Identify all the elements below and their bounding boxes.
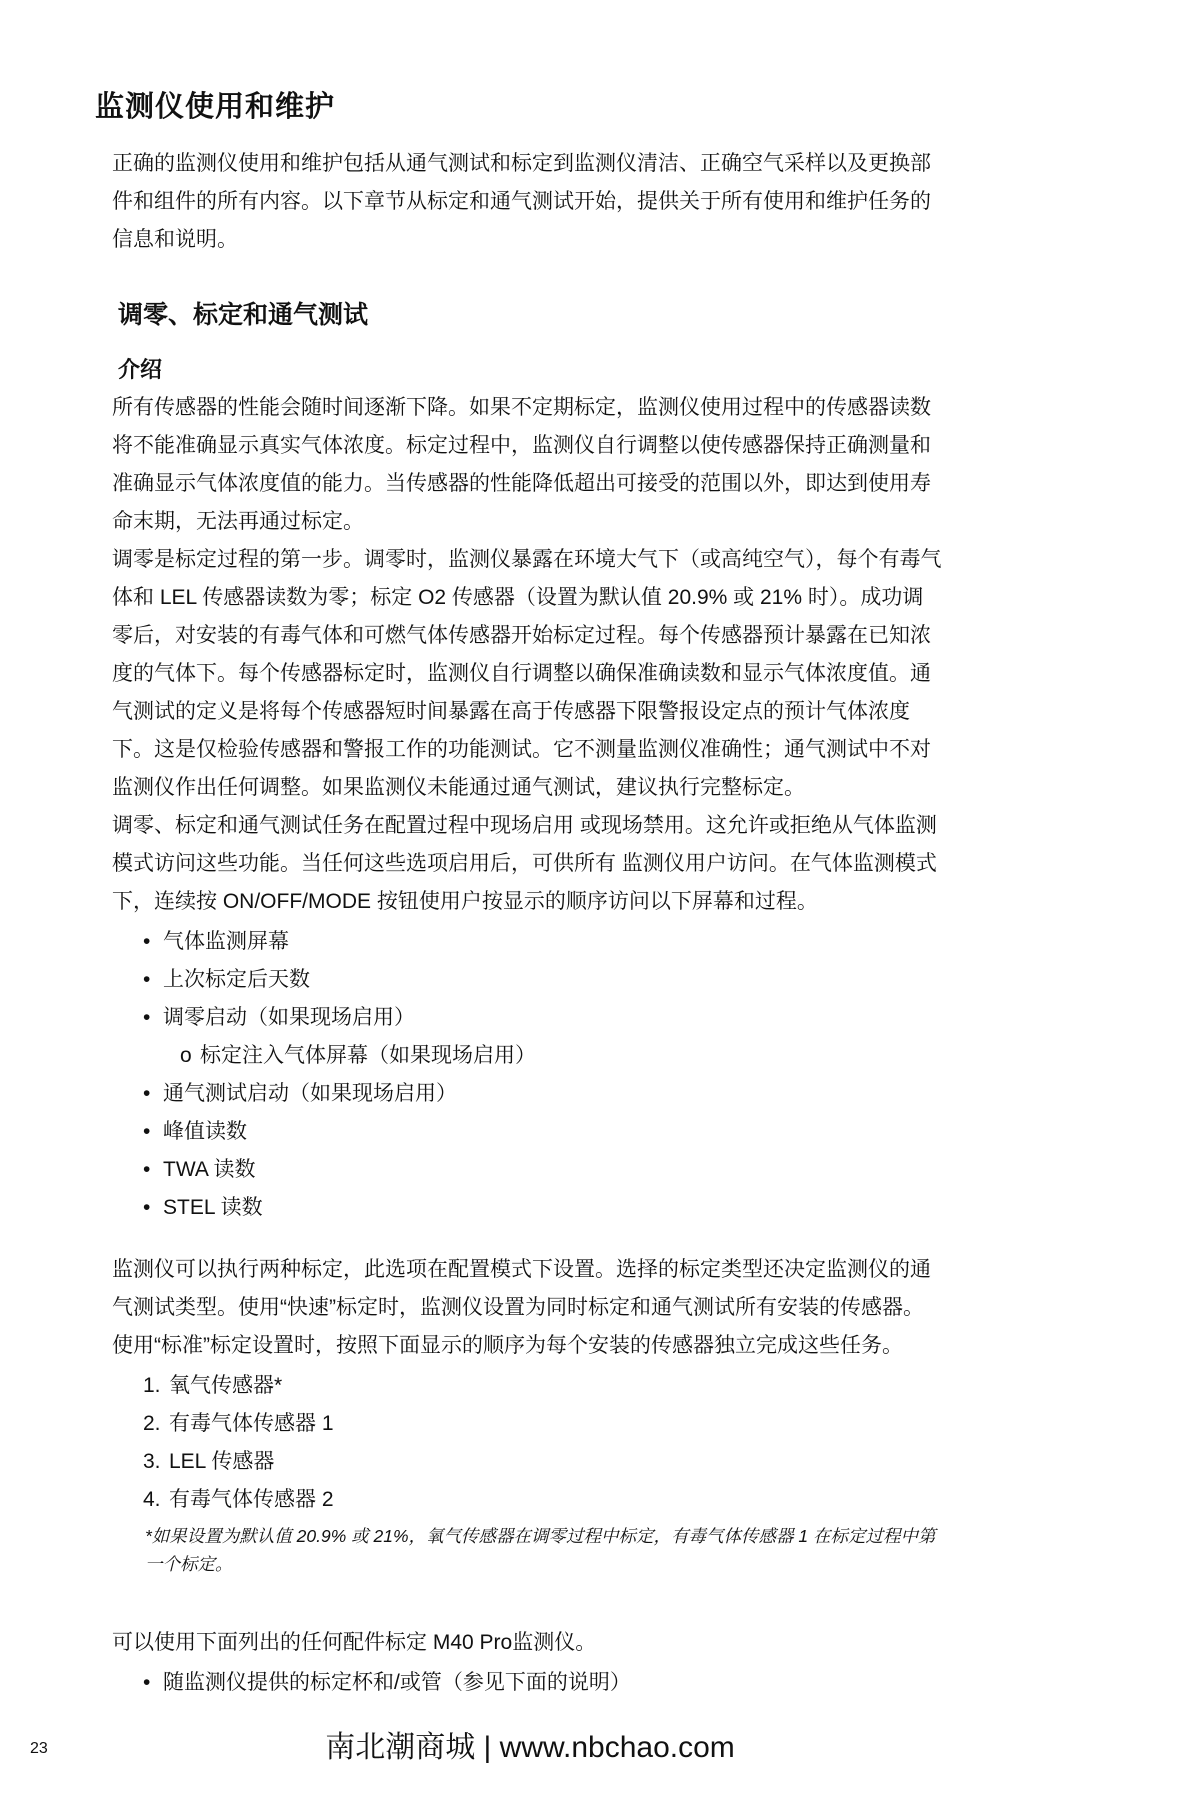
paragraph-sensor-decline: 所有传感器的性能会随时间逐渐下降。如果不定期标定，监测仪使用过程中的传感器读数将… <box>112 389 942 541</box>
item-number: 2. <box>143 1405 169 1443</box>
list-item-text: 调零启动（如果现场启用） <box>163 999 415 1037</box>
calibration-order-list: 1. 氧气传感器* 2. 有毒气体传感器 1 3. LEL 传感器 4. 有毒气… <box>143 1367 945 1519</box>
list-item: • STEL 读数 <box>143 1189 945 1227</box>
bullet-icon: • <box>143 961 163 999</box>
paragraph-zeroing: 调零是标定过程的第一步。调零时，监测仪暴露在环境大气下（或高纯空气），每个有毒气… <box>112 541 942 807</box>
list-item: • 峰值读数 <box>143 1113 945 1151</box>
list-item-text: STEL 读数 <box>163 1189 263 1227</box>
intro-subheading: 介绍 <box>118 353 945 384</box>
bullet-icon: • <box>143 923 163 961</box>
list-item-text: 通气测试启动（如果现场启用） <box>163 1075 457 1113</box>
list-item: • 通气测试启动（如果现场启用） <box>143 1075 945 1113</box>
numbered-item: 1. 氧气传感器* <box>143 1367 945 1405</box>
screens-list: • 气体监测屏幕 • 上次标定后天数 • 调零启动（如果现场启用） o 标定注入… <box>143 923 945 1227</box>
list-item: • 调零启动（如果现场启用） <box>143 999 945 1037</box>
item-number: 4. <box>143 1481 169 1519</box>
footer-brand: 南北潮商城 | www.nbchao.com <box>0 1722 1130 1766</box>
bullet-icon: • <box>143 1113 163 1151</box>
accessories-list: • 随监测仪提供的标定杯和/或管（参见下面的说明） <box>143 1664 945 1702</box>
numbered-item-text: LEL 传感器 <box>169 1443 274 1481</box>
intro-paragraph: 正确的监测仪使用和维护包括从通气测试和标定到监测仪清洁、正确空气采样以及更换部件… <box>112 145 942 259</box>
list-item-text: 随监测仪提供的标定杯和/或管（参见下面的说明） <box>163 1664 631 1702</box>
item-number: 3. <box>143 1443 169 1481</box>
bullet-icon: • <box>143 1189 163 1227</box>
list-item-text: TWA 读数 <box>163 1151 256 1189</box>
item-number: 1. <box>143 1367 169 1405</box>
paragraph-calibration-types: 监测仪可以执行两种标定，此选项在配置模式下设置。选择的标定类型还决定监测仪的通气… <box>112 1251 942 1365</box>
list-item-text: 标定注入气体屏幕（如果现场启用） <box>200 1037 536 1075</box>
numbered-item: 4. 有毒气体传感器 2 <box>143 1481 945 1519</box>
numbered-item-text: 氧气传感器* <box>169 1367 282 1405</box>
section-heading: 调零、标定和通气测试 <box>118 295 945 331</box>
bullet-icon: • <box>143 1151 163 1189</box>
list-item-text: 峰值读数 <box>163 1113 247 1151</box>
footnote: *如果设置为默认值 20.9% 或 21%，氧气传感器在调零过程中标定，有毒气体… <box>145 1522 945 1578</box>
list-subitem: o 标定注入气体屏幕（如果现场启用） <box>180 1037 945 1075</box>
list-item-text: 上次标定后天数 <box>163 961 310 999</box>
numbered-item-text: 有毒气体传感器 2 <box>169 1481 334 1519</box>
bullet-icon: • <box>143 1664 163 1702</box>
document-body: 监测仪使用和维护 正确的监测仪使用和维护包括从通气测试和标定到监测仪清洁、正确空… <box>95 84 945 1702</box>
sub-bullet-icon: o <box>180 1037 200 1075</box>
bullet-icon: • <box>143 1075 163 1113</box>
list-item: • 上次标定后天数 <box>143 961 945 999</box>
numbered-item: 2. 有毒气体传感器 1 <box>143 1405 945 1443</box>
list-item: • TWA 读数 <box>143 1151 945 1189</box>
paragraph-tasks: 调零、标定和通气测试任务在配置过程中现场启用 或现场禁用。这允许或拒绝从气体监测… <box>112 807 942 921</box>
page-title: 监测仪使用和维护 <box>95 84 945 125</box>
bullet-icon: • <box>143 999 163 1037</box>
list-item: • 气体监测屏幕 <box>143 923 945 961</box>
numbered-item: 3. LEL 传感器 <box>143 1443 945 1481</box>
list-item-text: 气体监测屏幕 <box>163 923 289 961</box>
numbered-item-text: 有毒气体传感器 1 <box>169 1405 334 1443</box>
paragraph-accessories: 可以使用下面列出的任何配件标定 M40 Pro监测仪。 <box>112 1624 942 1662</box>
document-page: 监测仪使用和维护 正确的监测仪使用和维护包括从通气测试和标定到监测仪清洁、正确空… <box>0 0 1200 1800</box>
list-item: • 随监测仪提供的标定杯和/或管（参见下面的说明） <box>143 1664 945 1702</box>
